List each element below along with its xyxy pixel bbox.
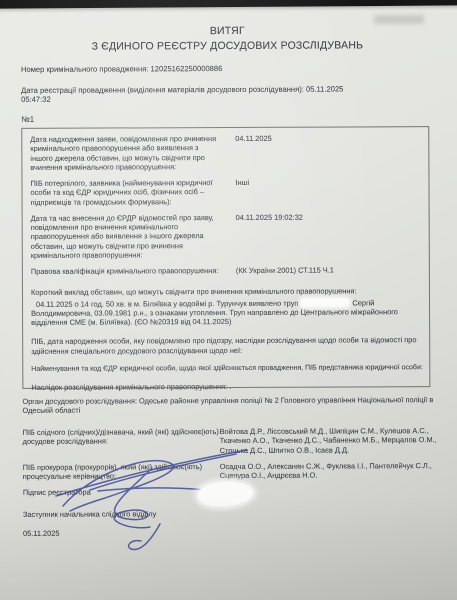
investigation-result-label: Наслідок розслідування кримінального пра… [31, 381, 241, 391]
title-line-1: ВИТЯГ [210, 25, 245, 37]
prosecutors-row: ПІБ прокурора (прокурорів), який (які) з… [23, 461, 438, 481]
table-row: Дата надходження заяви, повідомлення про… [30, 133, 420, 172]
investigators-names: Войтова Д.Р., Ліссовський М.Д., Шипіцин … [220, 426, 438, 455]
prosecutors-names: Осадча О.О., Алексанян С.Ж., Фуклєва І.І… [220, 461, 438, 480]
registration-time: 05:47:32 [21, 94, 443, 105]
registration-date: 05.11.2025 [306, 84, 343, 93]
case-number-line: Номер кримінального провадження: 1202516… [21, 64, 222, 74]
row-label-intake-date: Дата надходження заяви, повідомлення про… [30, 134, 222, 172]
row-label-victim: ПІБ потерпілого, заявника (найменування … [30, 178, 222, 207]
document-page: ВИТЯГ З ЄДИНОГО РЕЄСТРУ ДОСУДОВИХ РОЗСЛІ… [0, 0, 457, 600]
row-value-intake-date: 04.11.2025 [235, 133, 420, 171]
row-label-qualification: Правова кваліфікація кримінального право… [31, 266, 223, 276]
registration-label: Дата реєстрації провадження (виділення м… [21, 85, 304, 95]
prosecutors-label: ПІБ прокурора (прокурорів), який (які) з… [23, 462, 220, 481]
registration-date-line: Дата реєстрації провадження (виділення м… [21, 84, 443, 105]
suspect-label: ПІБ, дата народження особи, яку повідомл… [31, 335, 421, 355]
record-number: №1 [21, 115, 34, 125]
summary-label: Короткий виклад обставин, що можуть свід… [31, 286, 421, 297]
case-summary-text: 04.11.2025 о 14 год. 50 хв. в м. Біляївк… [31, 298, 421, 327]
document-title: ВИТЯГ З ЄДИНОГО РЕЄСТРУ ДОСУДОВИХ РОЗСЛІ… [0, 24, 456, 54]
investigation-authority: Орган досудового розслідування: Одеське … [22, 395, 436, 415]
row-value-victim: Інші [235, 177, 420, 206]
row-value-qualification: (КК України 2001) СТ.115 Ч.1 [236, 265, 421, 275]
row-value-erdr-entry: 04.11.2025 19:02:32 [236, 212, 421, 259]
table-row: Правова кваліфікація кримінального право… [31, 265, 421, 276]
table-row: Дата та час внесення до ЄРДР відомостей … [31, 212, 421, 260]
registrar-signature-label: Підпис реєстратора [23, 488, 91, 498]
scanned-document-photo: ВИТЯГ З ЄДИНОГО РЕЄСТРУ ДОСУДОВИХ РОЗСЛІ… [0, 0, 457, 600]
legal-entity-label: Найменування та код ЄДР юридичної особи,… [31, 364, 421, 374]
case-details-table: Дата надходження заяви, повідомлення про… [21, 126, 430, 389]
document-date: 05.11.2025 [23, 529, 59, 538]
case-number-label: Номер кримінального провадження: [21, 64, 148, 74]
registrar-position: Заступник начальника слідчого відділу [23, 509, 156, 519]
row-label-erdr-entry: Дата та час внесення до ЄРДР відомостей … [31, 213, 223, 260]
investigators-label: ПІБ слідчого (слідчих)/дізнавача, який (… [23, 427, 220, 456]
title-line-2: З ЄДИНОГО РЕЄСТРУ ДОСУДОВИХ РОЗСЛІДУВАНЬ [0, 39, 456, 54]
redaction-box [301, 298, 349, 306]
case-number-value: 12025162250000886 [151, 64, 223, 73]
investigators-row: ПІБ слідчого (слідчих)/дізнавача, який (… [23, 426, 438, 456]
table-row: ПІБ потерпілого, заявника (найменування … [30, 177, 420, 206]
